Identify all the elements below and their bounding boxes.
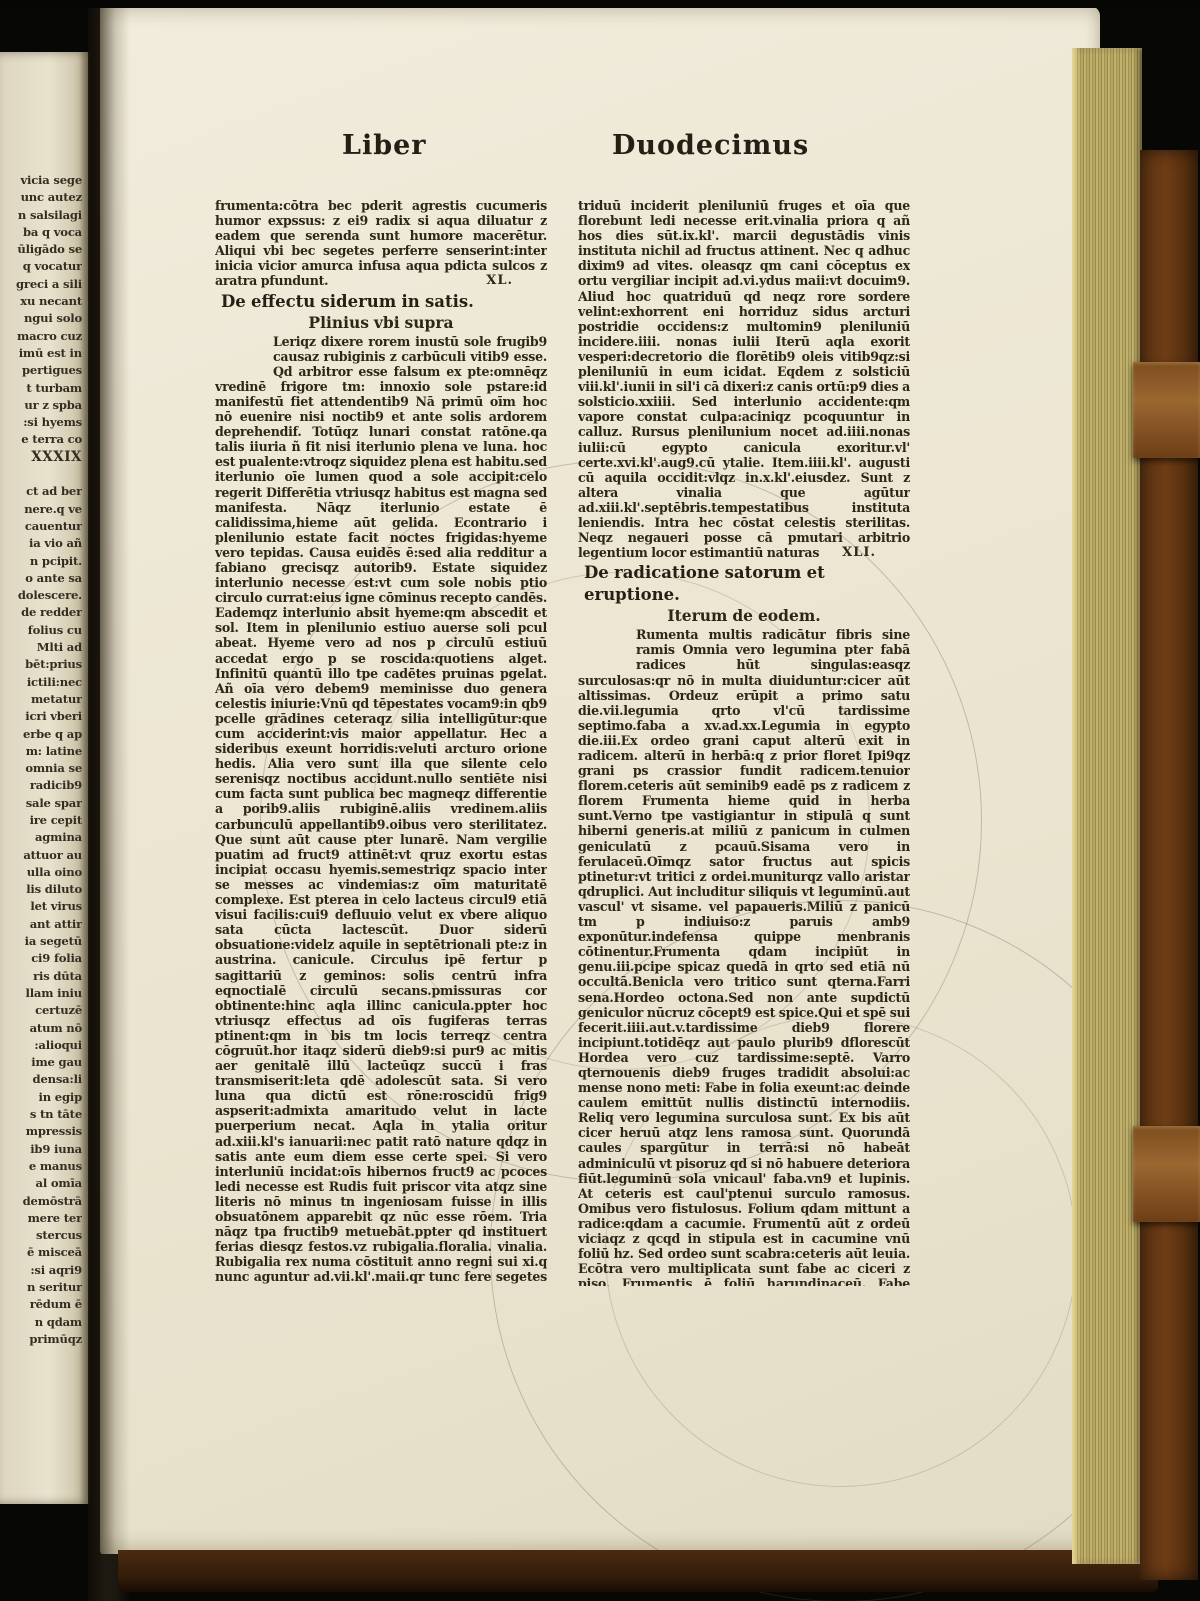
facing-page-line: ime gau [0,1054,82,1071]
facing-page-text-fragments: vicia segeunc autezn salsilagiba q vocaū… [0,172,82,1348]
facing-page-line: nere.q ve [0,501,82,518]
facing-page-line: stercus [0,1227,82,1244]
facing-page-sliver: vicia segeunc autezn salsilagiba q vocaū… [0,52,90,1504]
facing-page-line: ci9 folia [0,950,82,967]
chapter-number-xli: XLI. [842,545,876,560]
facing-page-line: ia segetū [0,933,82,950]
bottom-cover-board [118,1550,1158,1592]
facing-page-line: ulla oino [0,864,82,881]
facing-page-line: agmina [0,829,82,846]
facing-page-line: rēdum ē [0,1296,82,1313]
facing-page-line: densa:li [0,1071,82,1088]
initial-letter-space [215,334,273,379]
facing-page-line: :si hyems [0,414,82,431]
facing-page-line: s tn tāte [0,1106,82,1123]
facing-page-line: de redder [0,604,82,621]
facing-page-line: atum nō [0,1020,82,1037]
facing-page-line: imū est in [0,345,82,362]
facing-page-line: bēt:prius [0,656,82,673]
facing-page-line: greci a sili [0,276,82,293]
clasp-strap-bottom [1133,1126,1200,1222]
initial-letter-space [578,627,636,672]
left-intro-paragraph: frumenta:cōtra bec pderit agrestis cucum… [215,198,547,289]
facing-page-line: icri vberi [0,708,82,725]
facing-page-line: ire cepit [0,812,82,829]
facing-page-line: n salsilagi [0,207,82,224]
section-heading-de-effectu: De effectu siderum in satis. [221,291,547,313]
facing-page-line: llam iniu [0,985,82,1002]
facing-page-line: omnia se [0,760,82,777]
facing-page-line: radicib9 [0,777,82,794]
facing-page-line: t turbam [0,380,82,397]
facing-page-line: :si aqri9 [0,1262,82,1279]
running-head-duodecimus: Duodecimus [612,130,809,161]
facing-page-line: lis diluto [0,881,82,898]
facing-page-line: e terra co [0,431,82,448]
facing-page-line: ē misceā [0,1244,82,1261]
left-body-paragraph: Leriqz dixere rorem inustū sole frugib9 … [215,334,547,1286]
facing-page-line: ba q voca [0,224,82,241]
facing-page-line: vicia sege [0,172,82,189]
facing-page-line: dolescere. [0,587,82,604]
right-body-paragraph: Rumenta multis radicātur fibris sine ram… [578,627,910,1286]
facing-page-line: ant attir [0,916,82,933]
facing-page-line: n qdam [0,1314,82,1331]
facing-page-line: ia vio añ [0,535,82,552]
facing-page-line: XXXIX [0,449,82,466]
fore-edge-page-stack [1072,48,1142,1564]
facing-page-line: xu necant [0,293,82,310]
facing-page-line: e manus [0,1158,82,1175]
facing-page-line: erbe q ap [0,726,82,743]
facing-page-line: al omīa [0,1175,82,1192]
facing-page-line: ur z spba [0,397,82,414]
facing-page-line: Mlti ad [0,639,82,656]
facing-page-line: ngui solo [0,310,82,327]
facing-page-line: metatur [0,691,82,708]
gutter-shadow [88,0,130,1601]
chapter-number-xl: XL. [486,273,513,288]
facing-page-line: let virus [0,898,82,915]
facing-page-line: q vocatur [0,258,82,275]
right-intro-paragraph: triduū inciderit pleniluniū fruges et oī… [578,198,910,560]
facing-page-line: folius cu [0,622,82,639]
facing-page-line: mpressis [0,1123,82,1140]
facing-page-line: m: latine [0,743,82,760]
facing-page-line: in egip [0,1089,82,1106]
subheading-plinius: Plinius vbi supra [215,313,547,333]
facing-page-line: ct ad ber [0,483,82,500]
facing-page-line: pertigues [0,362,82,379]
facing-page-line: primūqz [0,1331,82,1348]
facing-page-line: :alioqui [0,1037,82,1054]
subheading-iterum: Iterum de eodem. [578,606,910,626]
running-head-liber: Liber [342,130,427,161]
facing-page-line: o ante sa [0,570,82,587]
facing-page-line: ictili:nec [0,674,82,691]
facing-page-line: sale spar [0,795,82,812]
text-column-left: frumenta:cōtra bec pderit agrestis cucum… [215,198,547,1286]
book-photograph: vicia segeunc autezn salsilagiba q vocaū… [0,0,1200,1601]
facing-page-line: ib9 iuna [0,1141,82,1158]
facing-page-line: unc autez [0,189,82,206]
facing-page-line: ris dūta [0,968,82,985]
facing-page-line: certuzē [0,1002,82,1019]
facing-page-line: n pcipit. [0,553,82,570]
section-heading-de-radicatione: De radicatione satorum et eruptione. [584,562,910,606]
facing-page-line [0,466,82,483]
text-column-right: triduū inciderit pleniluniū fruges et oī… [578,198,910,1286]
book-page: Liber Duodecimus frumenta:cōtra bec pder… [100,6,1100,1554]
facing-page-line: attuor au [0,847,82,864]
facing-page-line: ūligādo se [0,241,82,258]
deckle-edge-highlight [1072,48,1078,1564]
facing-page-line: cauentur [0,518,82,535]
facing-page-line: macro cuz [0,328,82,345]
clasp-strap-top [1133,362,1200,458]
facing-page-line: demōstrā [0,1193,82,1210]
top-edge-shadow [0,0,1200,8]
facing-page-line: n seritur [0,1279,82,1296]
running-head: Liber Duodecimus [100,130,1100,170]
facing-page-line: mere ter [0,1210,82,1227]
